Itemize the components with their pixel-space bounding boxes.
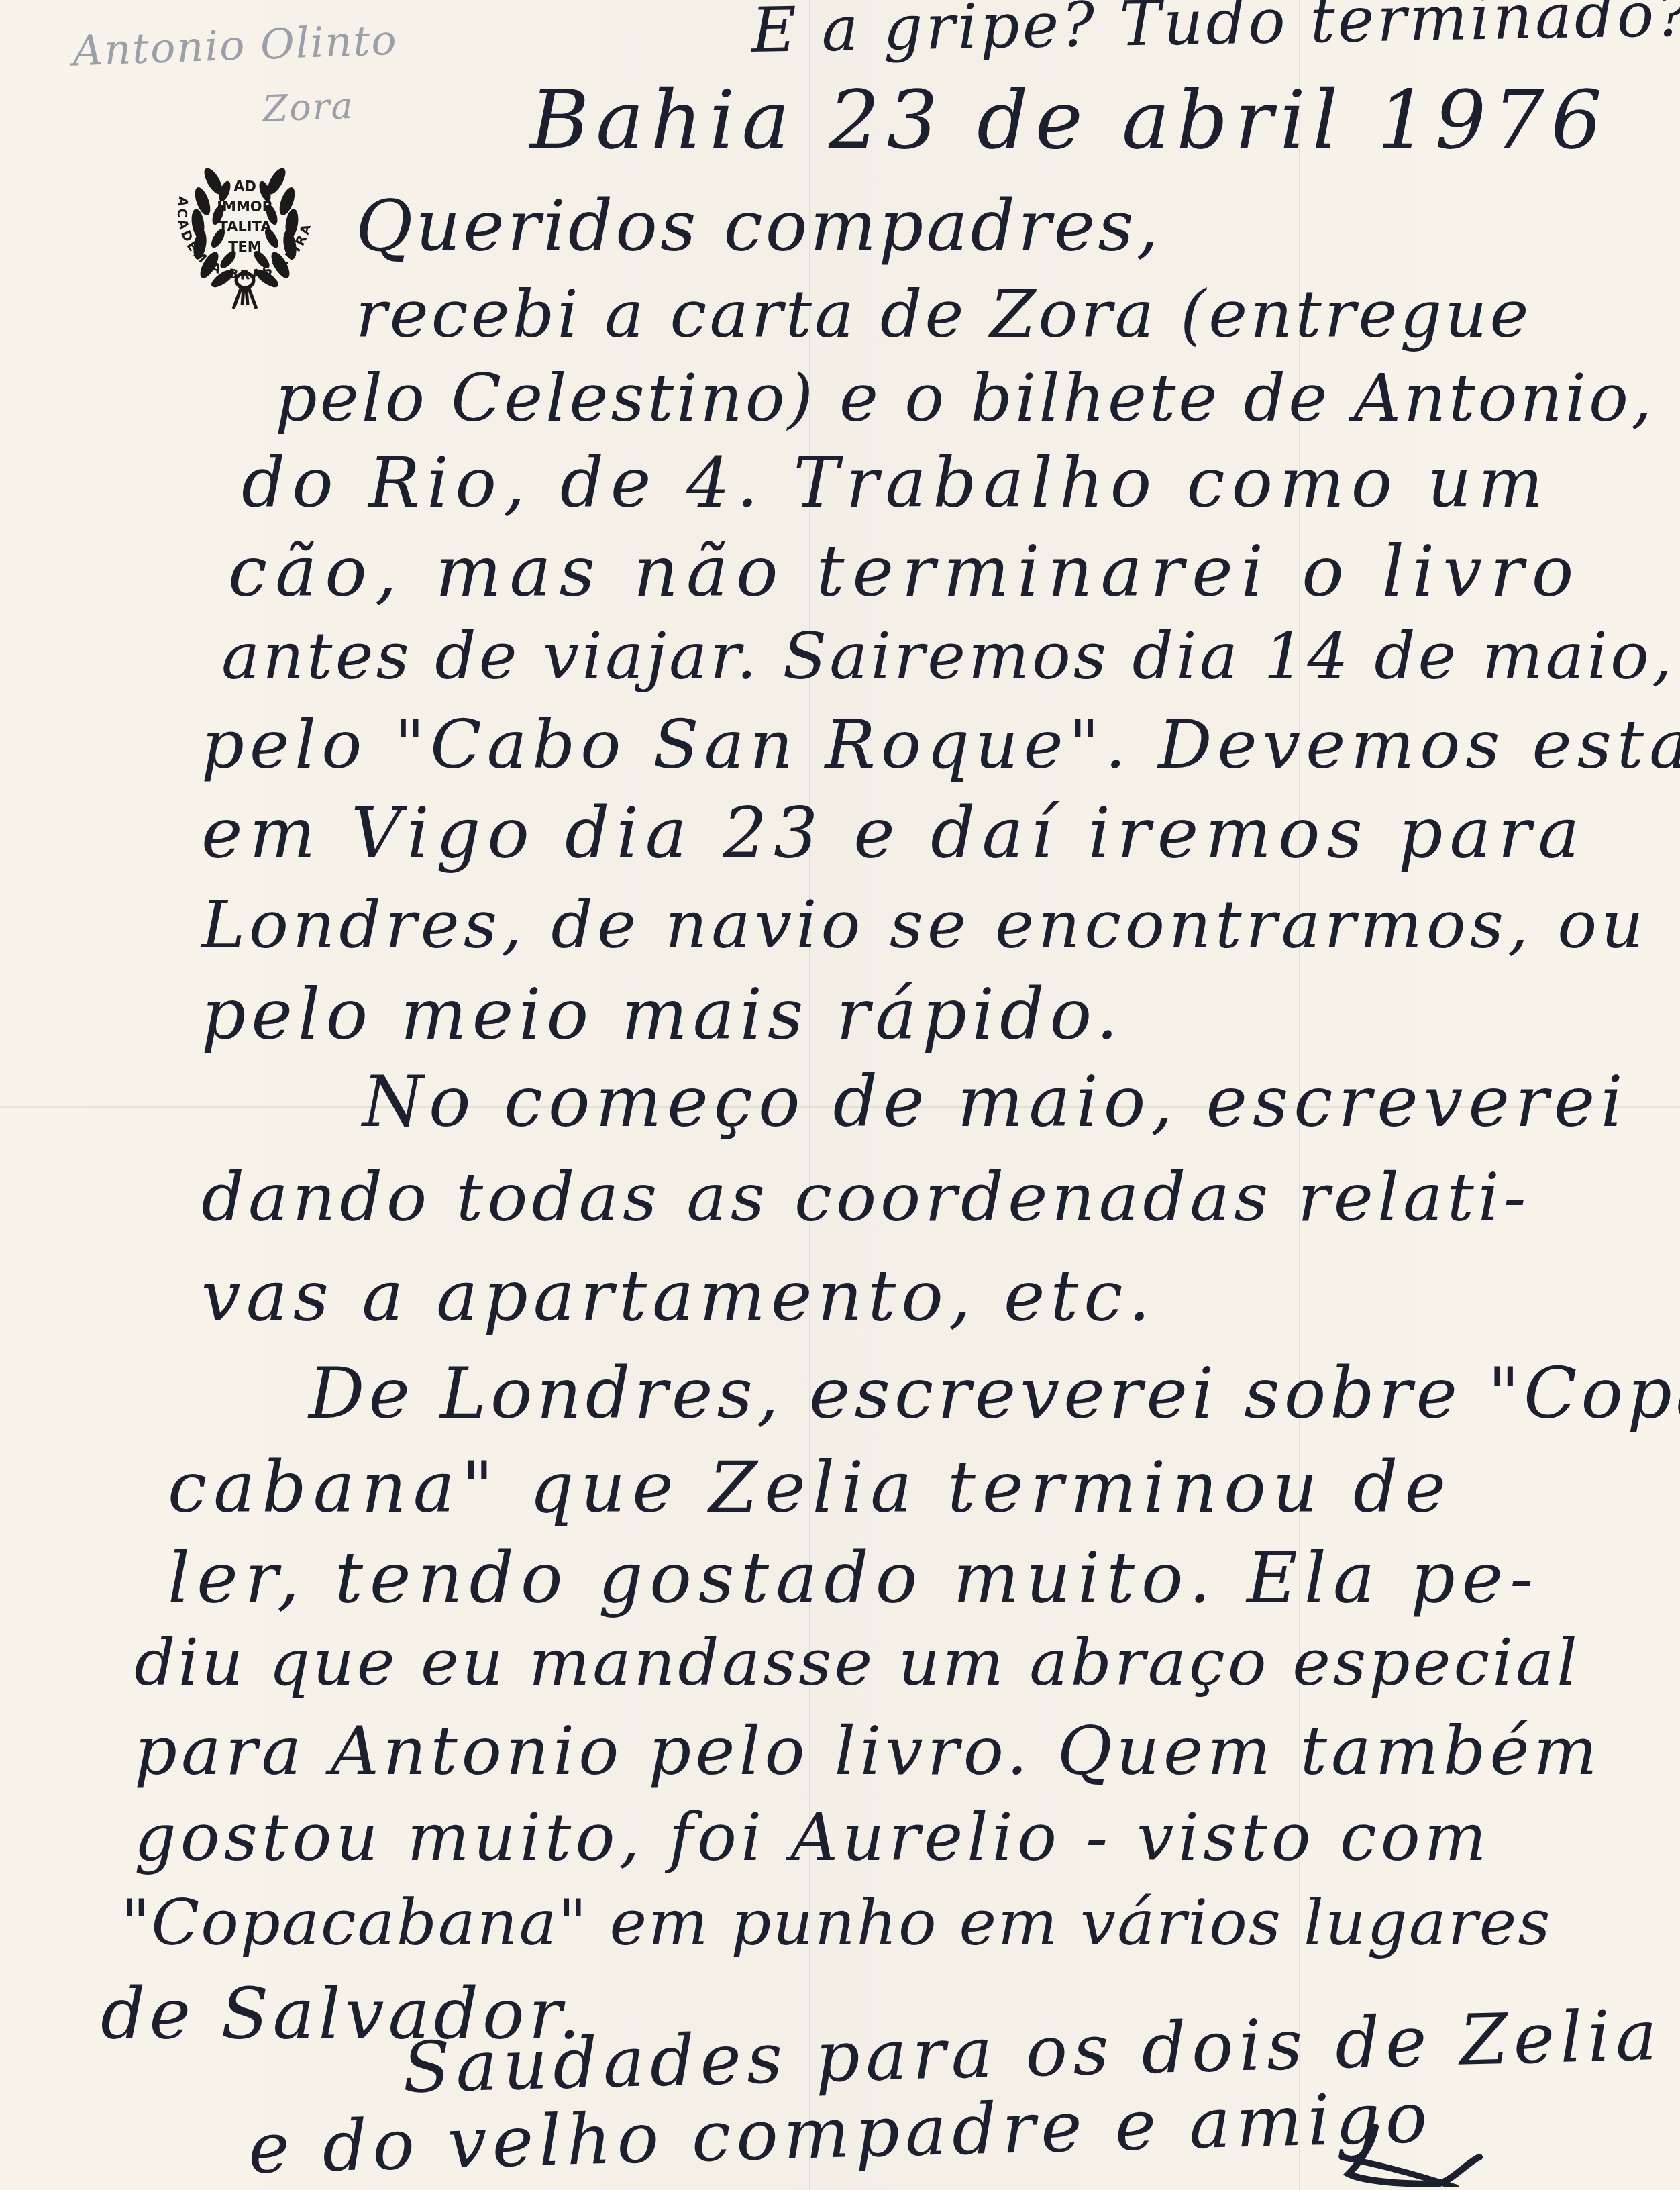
letter-body-line: Londres, de navio se encontrarmos, ou [201, 892, 1647, 958]
letter-body-line: pelo meio mais rápido. [201, 980, 1123, 1049]
seal-motto-line: TALITA [218, 219, 272, 235]
letter-body-line: No começo de maio, escreverei [362, 1067, 1628, 1137]
letter-postscript: E a gripe? Tudo terminado? [751, 0, 1680, 62]
letter-body-line: ler, tendo gostado muito. Ela pe- [168, 1543, 1540, 1613]
letter-body-line: dando todas as coordenadas relati- [201, 1164, 1530, 1231]
letter-body-line: diu que eu mandasse um abraço especial [134, 1630, 1580, 1695]
pencil-annotation-line-1: Antonio Olinto [72, 8, 399, 84]
letter-body-line: pelo "Cabo San Roque". Devemos estar [201, 711, 1680, 778]
letter-body-line: cabana" que Zelia terminou de [168, 1453, 1453, 1522]
letter-body-line: vas a apartamento, etc. [201, 1261, 1156, 1331]
letter-body-line: De Londres, escreverei sobre "Copa- [309, 1359, 1680, 1428]
letter-salutation: Queridos compadres, [356, 191, 1161, 261]
pencil-annotation: Antonio Olinto Zora [72, 8, 401, 148]
signature: J [1335, 2120, 1489, 2187]
letter-body-line: pelo Celestino) e o bilhete de Antonio, [275, 366, 1655, 431]
letter-body-line: "Copacabana" em punho em vários lugares [121, 1892, 1552, 1955]
letter-body-line: em Vigo dia 23 e daí iremos para [201, 798, 1586, 868]
letter-dateline: Bahia 23 de abril 1976 [530, 81, 1609, 161]
letter-body-line: recebi a carta de Zora (entregue [356, 282, 1531, 348]
letter-body-line: cão, mas não terminarei o livro [228, 537, 1581, 607]
seal-motto-line: TEM [228, 239, 262, 255]
letter-body-line: antes de viajar. Sairemos dia 14 de maio… [221, 624, 1675, 688]
letter-body-line: gostou muito, foi Aurelio - visto com [134, 1805, 1491, 1871]
seal-motto-line: AD [233, 178, 256, 195]
pencil-annotation-line-2: Zora [74, 72, 401, 148]
signature-mark-icon [1335, 2120, 1489, 2187]
letter-body-line: do Rio, de 4. Trabalho como um [242, 450, 1550, 518]
academia-brasileira-seal: AD IMMOR TALITA TEM ACADEMIA BRASILEIRA [161, 144, 329, 319]
laurel-wreath-icon: AD IMMOR TALITA TEM ACADEMIA BRASILEIRA [161, 144, 329, 319]
letter-body-line: para Antonio pelo livro. Quem também [134, 1718, 1602, 1785]
seal-motto-line: IMMOR [217, 199, 273, 215]
